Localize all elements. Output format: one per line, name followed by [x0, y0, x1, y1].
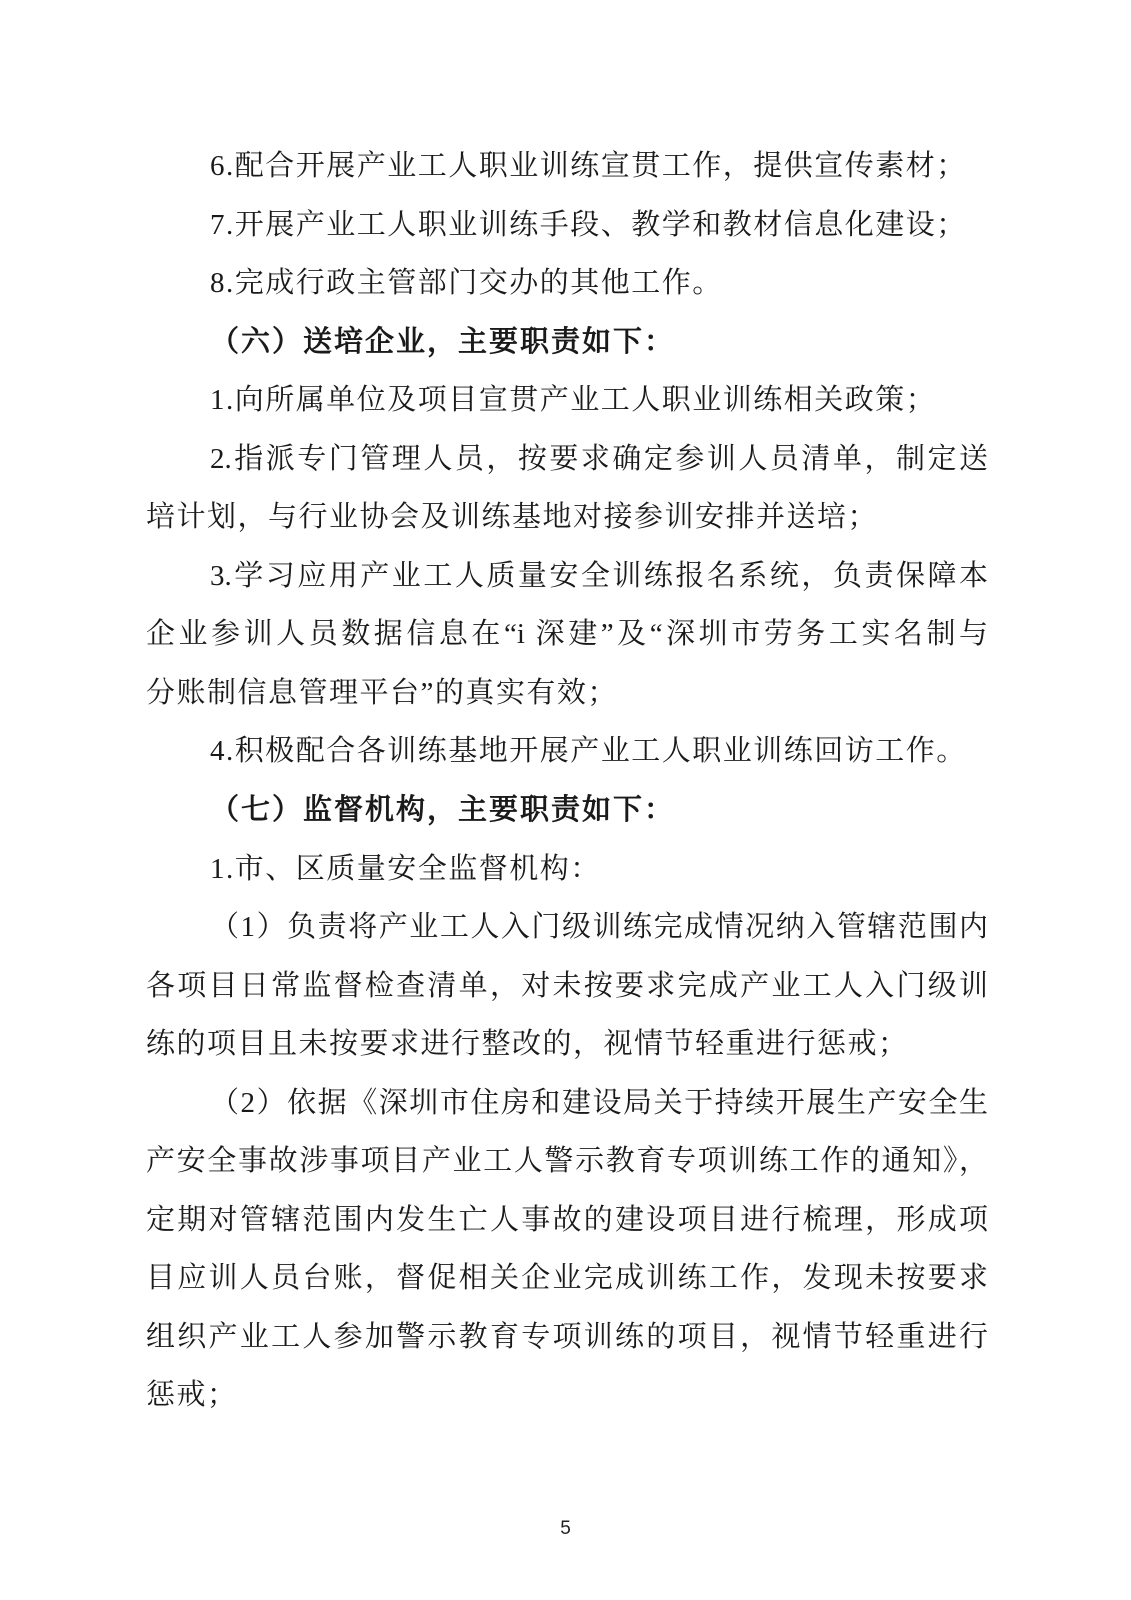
document-line: 产安全事故涉事项目产业工人警示教育专项训练工作的通知》，: [146, 1132, 988, 1191]
document-line: （2）依据《深圳市住房和建设局关于持续开展生产安全生: [146, 1074, 988, 1133]
document-line: 定期对管辖范围内发生亡人事故的建设项目进行梳理，形成项: [146, 1191, 988, 1250]
document-body: 6.配合开展产业工人职业训练宣贯工作，提供宣传素材；7.开展产业工人职业训练手段…: [146, 137, 988, 1425]
document-line: （1）负责将产业工人入门级训练完成情况纳入管辖范围内: [146, 898, 988, 957]
section-heading: （六）送培企业，主要职责如下：: [146, 313, 988, 372]
document-line: 组织产业工人参加警示教育专项训练的项目，视情节轻重进行: [146, 1308, 988, 1367]
document-line: 8.完成行政主管部门交办的其他工作。: [146, 254, 988, 313]
section-heading: （七）监督机构，主要职责如下：: [146, 781, 988, 840]
document-line: 4.积极配合各训练基地开展产业工人职业训练回访工作。: [146, 722, 988, 781]
document-line: 目应训人员台账，督促相关企业完成训练工作，发现未按要求: [146, 1249, 988, 1308]
document-line: 培计划，与行业协会及训练基地对接参训安排并送培；: [146, 488, 988, 547]
document-line: 1.向所属单位及项目宣贯产业工人职业训练相关政策；: [146, 371, 988, 430]
document-line: 3.学习应用产业工人质量安全训练报名系统，负责保障本: [146, 547, 988, 606]
document-line: 企业参训人员数据信息在“i 深建”及“深圳市劳务工实名制与: [146, 605, 988, 664]
document-line: 分账制信息管理平台”的真实有效；: [146, 664, 988, 723]
document-line: 6.配合开展产业工人职业训练宣贯工作，提供宣传素材；: [146, 137, 988, 196]
document-line: 各项目日常监督检查清单，对未按要求完成产业工人入门级训: [146, 957, 988, 1016]
document-line: 练的项目且未按要求进行整改的，视情节轻重进行惩戒；: [146, 1015, 988, 1074]
document-line: 2.指派专门管理人员，按要求确定参训人员清单，制定送: [146, 430, 988, 489]
document-line: 惩戒；: [146, 1366, 988, 1425]
document-line: 1.市、区质量安全监督机构：: [146, 840, 988, 899]
page-number: 5: [0, 1516, 1131, 1542]
document-page: 6.配合开展产业工人职业训练宣贯工作，提供宣传素材；7.开展产业工人职业训练手段…: [0, 0, 1131, 1600]
document-line: 7.开展产业工人职业训练手段、教学和教材信息化建设；: [146, 196, 988, 255]
